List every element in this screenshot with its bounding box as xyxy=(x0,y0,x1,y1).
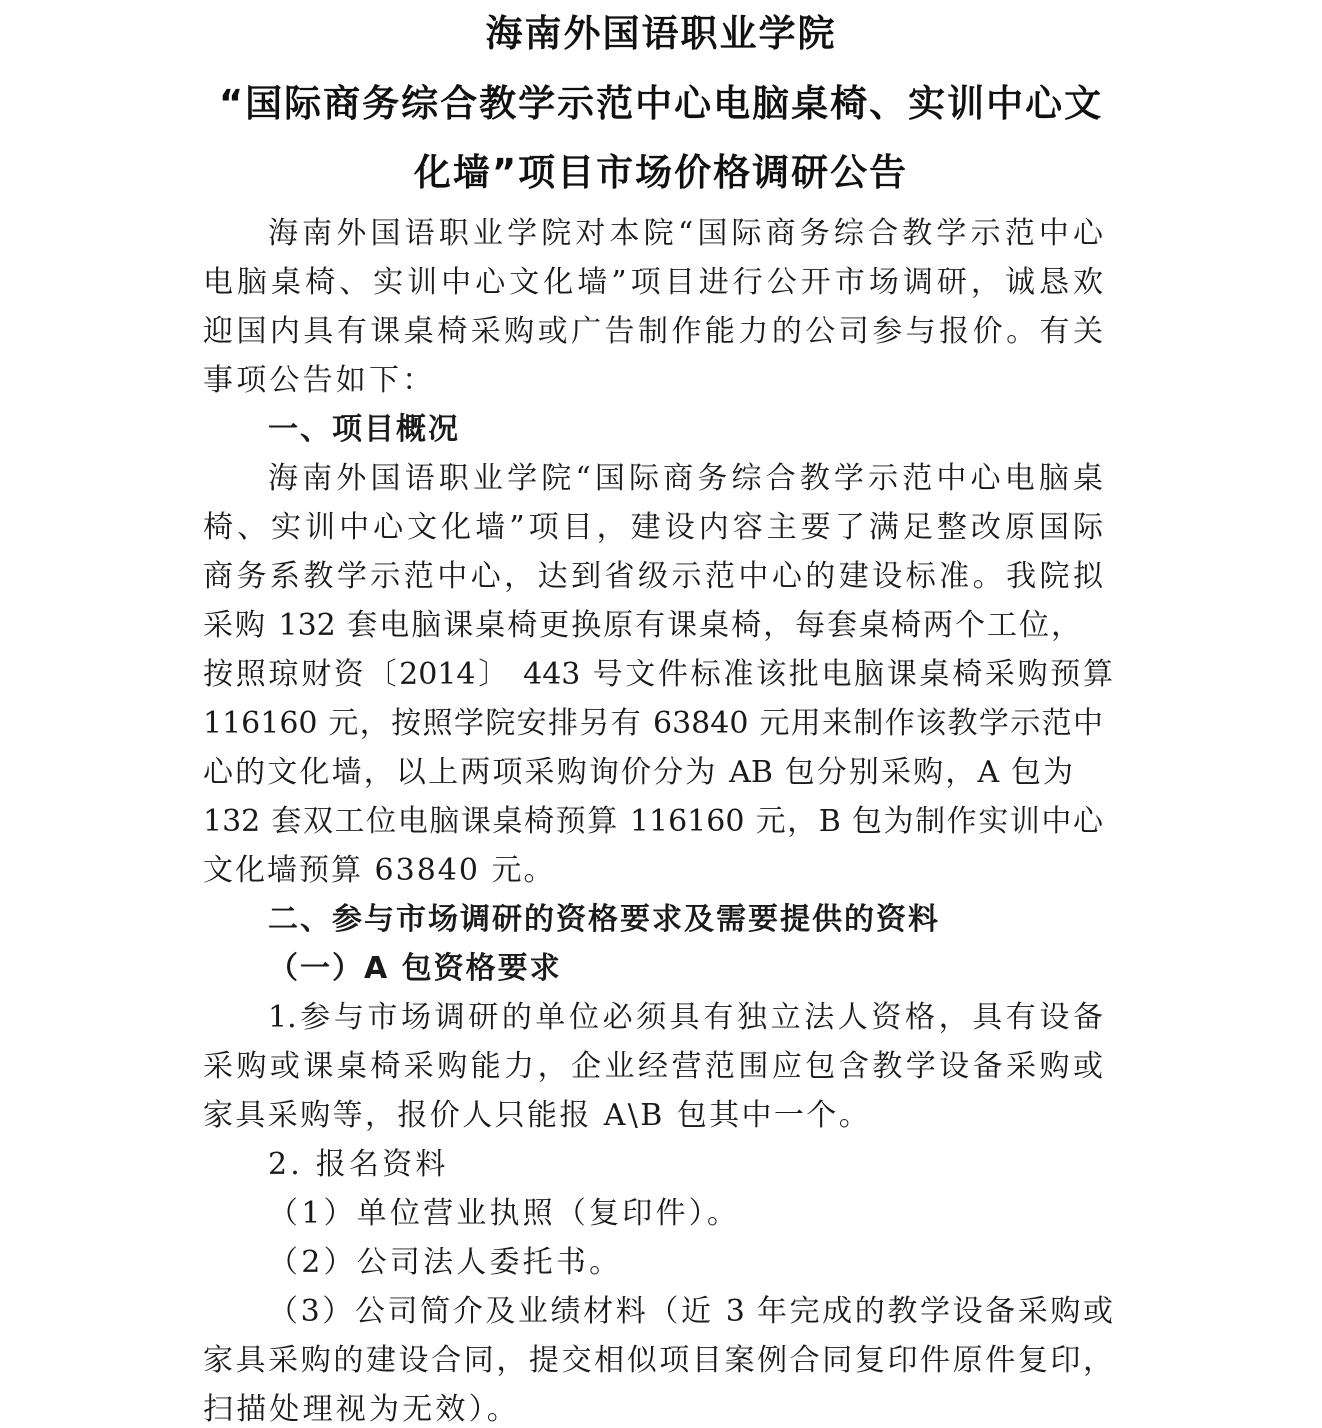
document-page: 海南外国语职业学院 “国际商务综合教学示范中心电脑桌椅、实训中心文 化墙”项目市… xyxy=(0,0,1322,1428)
document-title-line-1: 海南外国语职业学院 xyxy=(0,12,1322,56)
section-1-line-9: 文化墙预算 63840 元。 xyxy=(203,851,1103,891)
requirement-1-line-1: 1.参与市场调研的单位必须具有独立法人资格，具有设备 xyxy=(268,998,1103,1038)
section-1-heading: 一、项目概况 xyxy=(268,410,1168,450)
section-1-line-8: 132 套双工位电脑课桌椅预算 116160 元，B 包为制作实训中心 xyxy=(203,802,1103,842)
requirement-1-line-2: 采购或课桌椅采购能力，企业经营范围应包含教学设备采购或 xyxy=(203,1047,1103,1087)
intro-line-1: 海南外国语职业学院对本院“国际商务综合教学示范中心 xyxy=(268,214,1103,254)
material-1: （1）单位营业执照（复印件）。 xyxy=(268,1194,1168,1234)
material-3-line-1: （3）公司简介及业绩材料（近 3 年完成的教学设备采购或 xyxy=(268,1292,1113,1332)
section-1-line-1: 海南外国语职业学院“国际商务综合教学示范中心电脑桌 xyxy=(268,459,1103,499)
document-title-line-3: 化墙”项目市场价格调研公告 xyxy=(0,151,1322,195)
section-1-line-5: 按照琼财资〔2014〕 443 号文件标准该批电脑课桌椅采购预算 xyxy=(203,655,1113,695)
intro-line-3: 迎国内具有课桌椅采购或广告制作能力的公司参与报价。有关 xyxy=(203,312,1103,352)
intro-line-2: 电脑桌椅、实训中心文化墙”项目进行公开市场调研，诚恳欢 xyxy=(203,263,1103,303)
section-1-line-7: 心的文化墙，以上两项采购询价分为 AB 包分别采购，A 包为 xyxy=(203,753,1073,793)
section-1-line-2: 椅、实训中心文化墙”项目，建设内容主要了满足整改原国际 xyxy=(203,508,1103,548)
material-3-line-3: 扫描处理视为无效）。 xyxy=(203,1390,1103,1428)
requirement-1-line-3: 家具采购等，报价人只能报 A\B 包其中一个。 xyxy=(203,1096,1103,1136)
intro-line-4: 事项公告如下： xyxy=(203,361,1103,401)
section-1-line-4: 采购 132 套电脑课桌椅更换原有课桌椅，每套桌椅两个工位， xyxy=(203,606,1081,646)
section-2-heading: 二、参与市场调研的资格要求及需要提供的资料 xyxy=(268,900,1168,940)
material-3-line-2: 家具采购的建设合同，提交相似项目案例合同复印件原件复印， xyxy=(203,1341,1113,1381)
requirement-2-heading: 2. 报名资料 xyxy=(268,1145,1168,1185)
document-title-line-2: “国际商务综合教学示范中心电脑桌椅、实训中心文 xyxy=(0,82,1322,126)
material-2: （2）公司法人委托书。 xyxy=(268,1243,1168,1283)
section-1-line-3: 商务系教学示范中心，达到省级示范中心的建设标准。我院拟 xyxy=(203,557,1103,597)
section-1-line-6: 116160 元，按照学院安排另有 63840 元用来制作该教学示范中 xyxy=(203,704,1103,744)
section-2-subheading-a: （一）A 包资格要求 xyxy=(268,949,1168,989)
